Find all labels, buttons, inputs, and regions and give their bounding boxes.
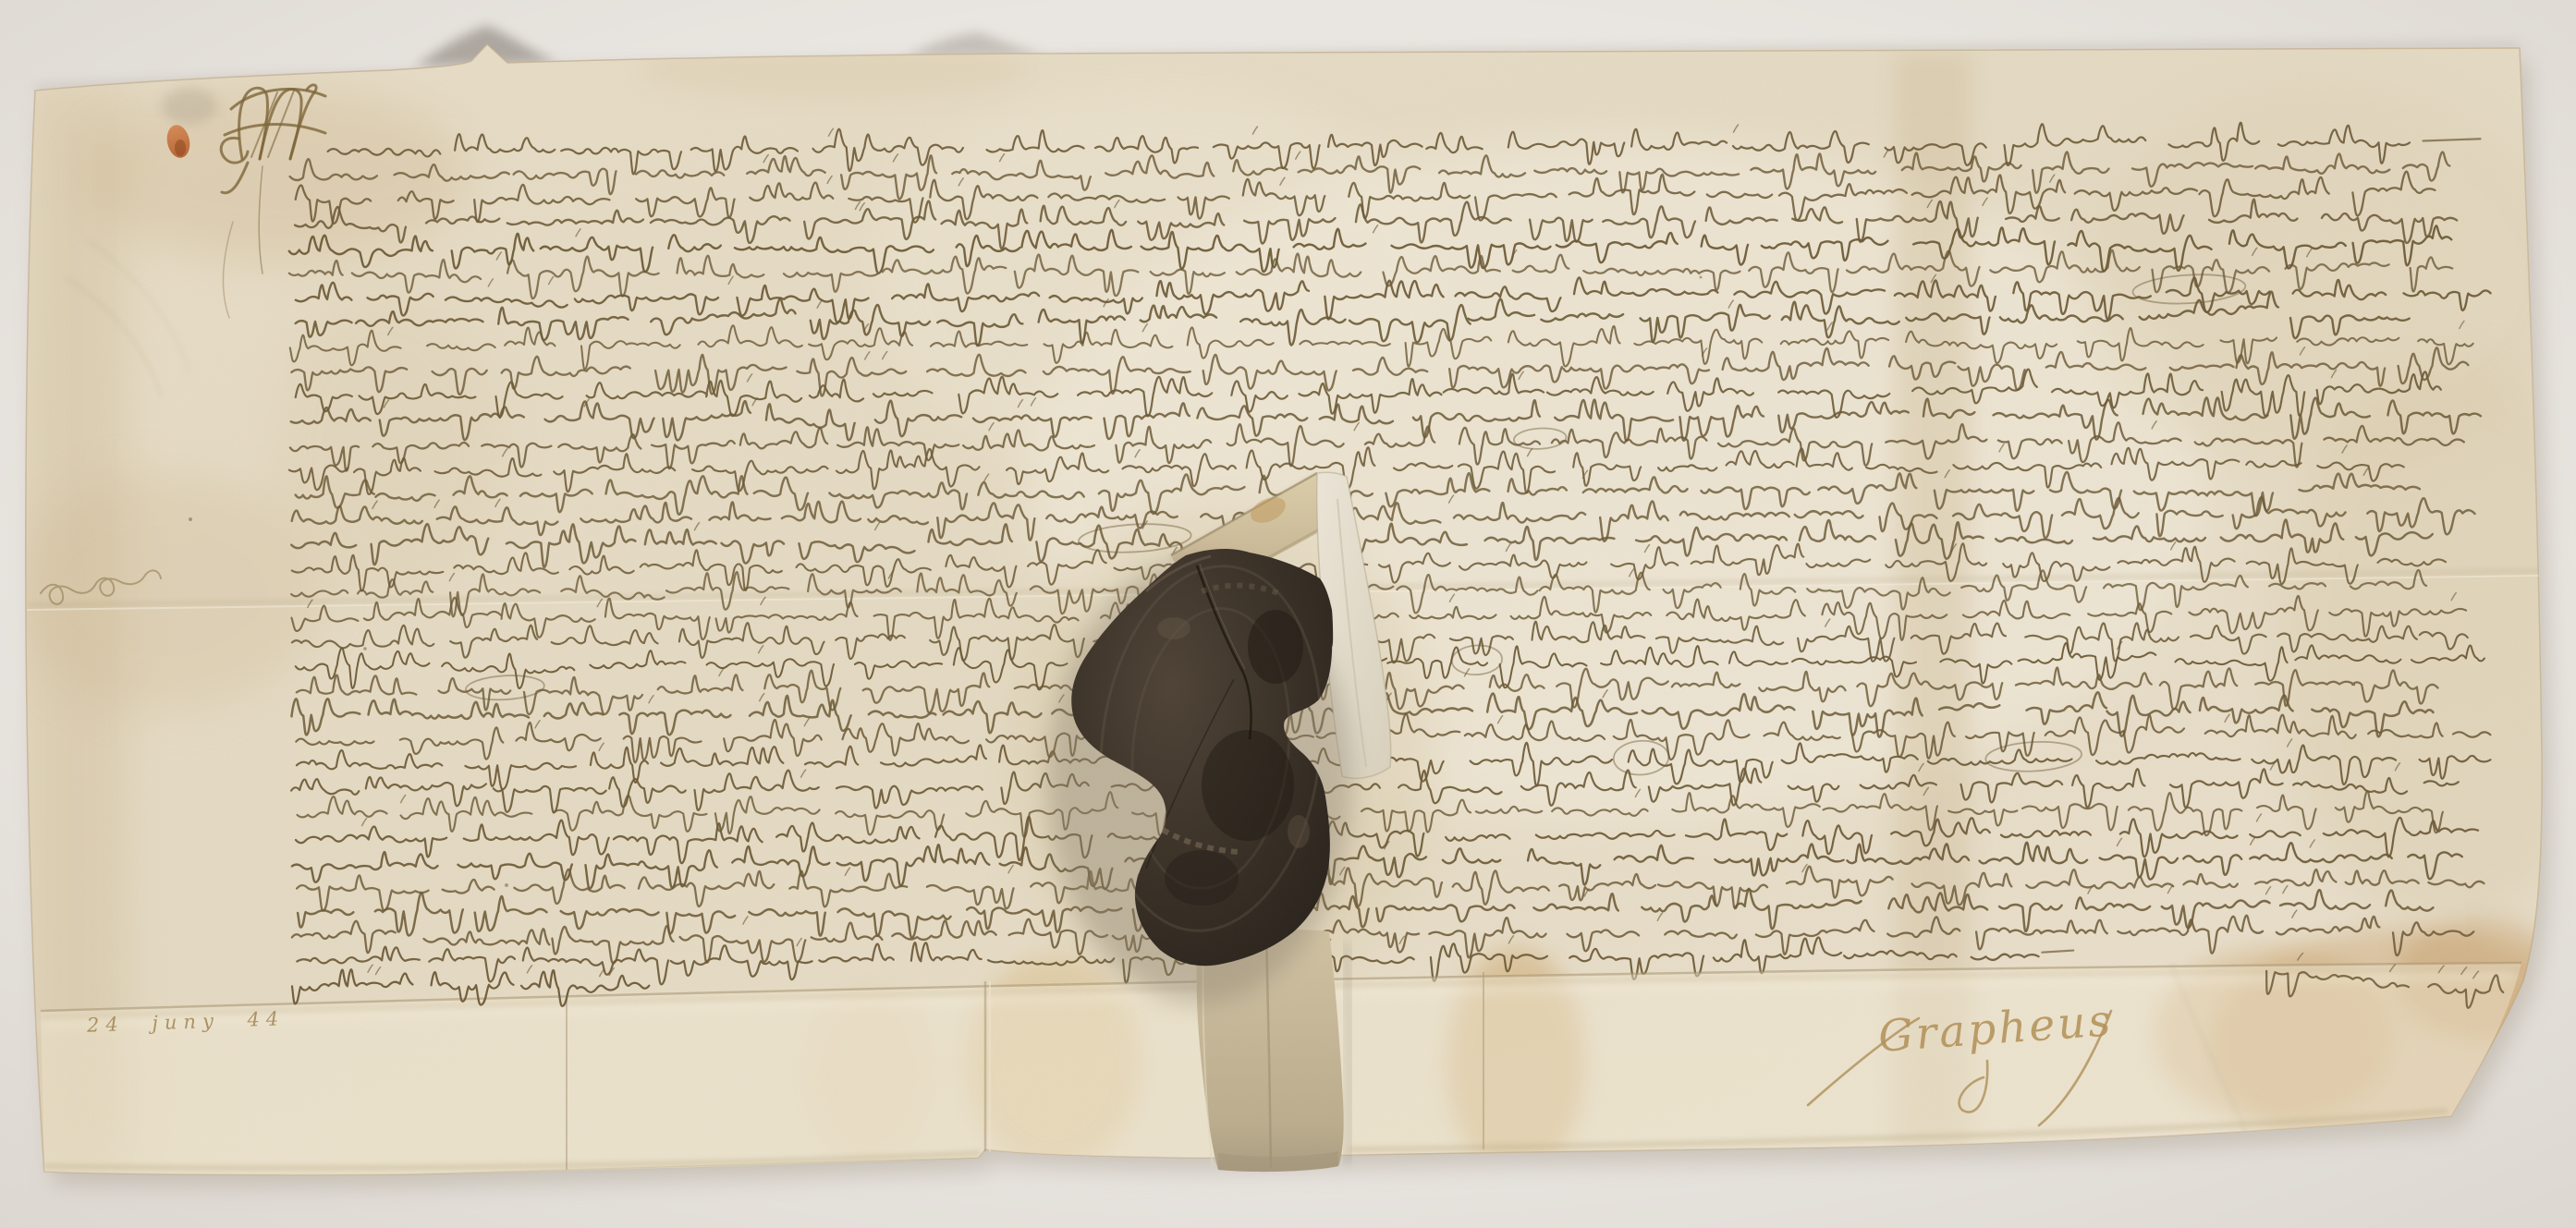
parchment-grain-texture xyxy=(0,0,2576,1228)
photo-of-parchment-charter: 24 juny 44 Grapheus xyxy=(0,0,2576,1228)
charter-scene-svg xyxy=(0,0,2576,1228)
